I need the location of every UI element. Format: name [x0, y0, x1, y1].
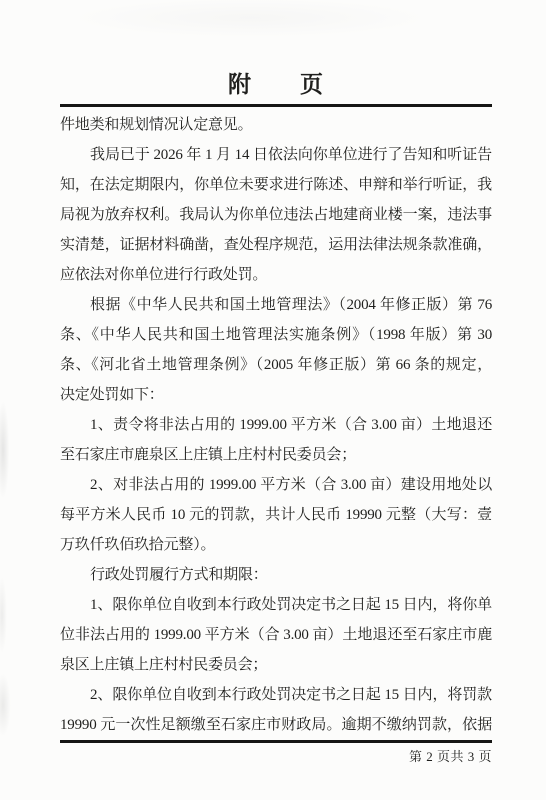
text-line: 19990 元一次性足额缴至石家庄市财政局。逾期不缴纳罚款，依据 — [60, 710, 492, 740]
text-line: 2、限你单位自收到本行政处罚决定书之日起 15 日内，将罚款 — [60, 680, 492, 710]
document-content: 附 页 件地类和规划情况认定意见。我局已于 2026 年 1 月 14 日依法向… — [60, 0, 492, 765]
text-line: 局视为放弃权利。我局认为你单位违法占地建商业楼一案，违法事 — [60, 200, 492, 230]
text-line: 2、对非法占用的 1999.00 平方米（合 3.00 亩）建设用地处以 — [60, 470, 492, 500]
footer-rule — [60, 740, 492, 743]
text-line: 1、限你单位自收到本行政处罚决定书之日起 15 日内，将你单 — [60, 590, 492, 620]
text-line: 1、责令将非法占用的 1999.00 平方米（合 3.00 亩）土地退还 — [60, 410, 492, 440]
text-line: 根据《中华人民共和国土地管理法》（2004 年修正版）第 76 — [60, 290, 492, 320]
text-line: 我局已于 2026 年 1 月 14 日依法向你单位进行了告知和听证告 — [60, 140, 492, 170]
document-body: 件地类和规划情况认定意见。我局已于 2026 年 1 月 14 日依法向你单位进… — [60, 107, 492, 740]
text-line: 实清楚，证据材料确凿，查处程序规范，运用法律法规条款准确， — [60, 230, 492, 260]
text-line: 行政处罚履行方式和期限： — [60, 560, 492, 590]
page-number: 第 2 页共 3 页 — [60, 748, 492, 765]
text-line: 件地类和规划情况认定意见。 — [60, 110, 492, 140]
text-line: 万玖仟玖佰玖拾元整）。 — [60, 530, 492, 560]
text-line: 决定处罚如下： — [60, 380, 492, 410]
text-line: 条、《河北省土地管理条例》（2005 年修正版）第 66 条的规定， — [60, 350, 492, 380]
text-line: 每平方米人民币 10 元的罚款，共计人民币 19990 元整（大写：壹 — [60, 500, 492, 530]
text-line: 条、《中华人民共和国土地管理法实施条例》（1998 年版）第 30 — [60, 320, 492, 350]
text-line: 泉区上庄镇上庄村村民委员会； — [60, 650, 492, 680]
text-line: 至石家庄市鹿泉区上庄镇上庄村村民委员会； — [60, 440, 492, 470]
text-line: 知，在法定期限内，你单位未要求进行陈述、申辩和举行听证，我 — [60, 170, 492, 200]
text-line: 应依法对你单位进行行政处罚。 — [60, 260, 492, 290]
text-line: 位非法占用的 1999.00 平方米（合 3.00 亩）土地退还至石家庄市鹿 — [60, 620, 492, 650]
document-page: 附 页 件地类和规划情况认定意见。我局已于 2026 年 1 月 14 日依法向… — [0, 0, 546, 800]
page-title: 附 页 — [60, 70, 492, 100]
